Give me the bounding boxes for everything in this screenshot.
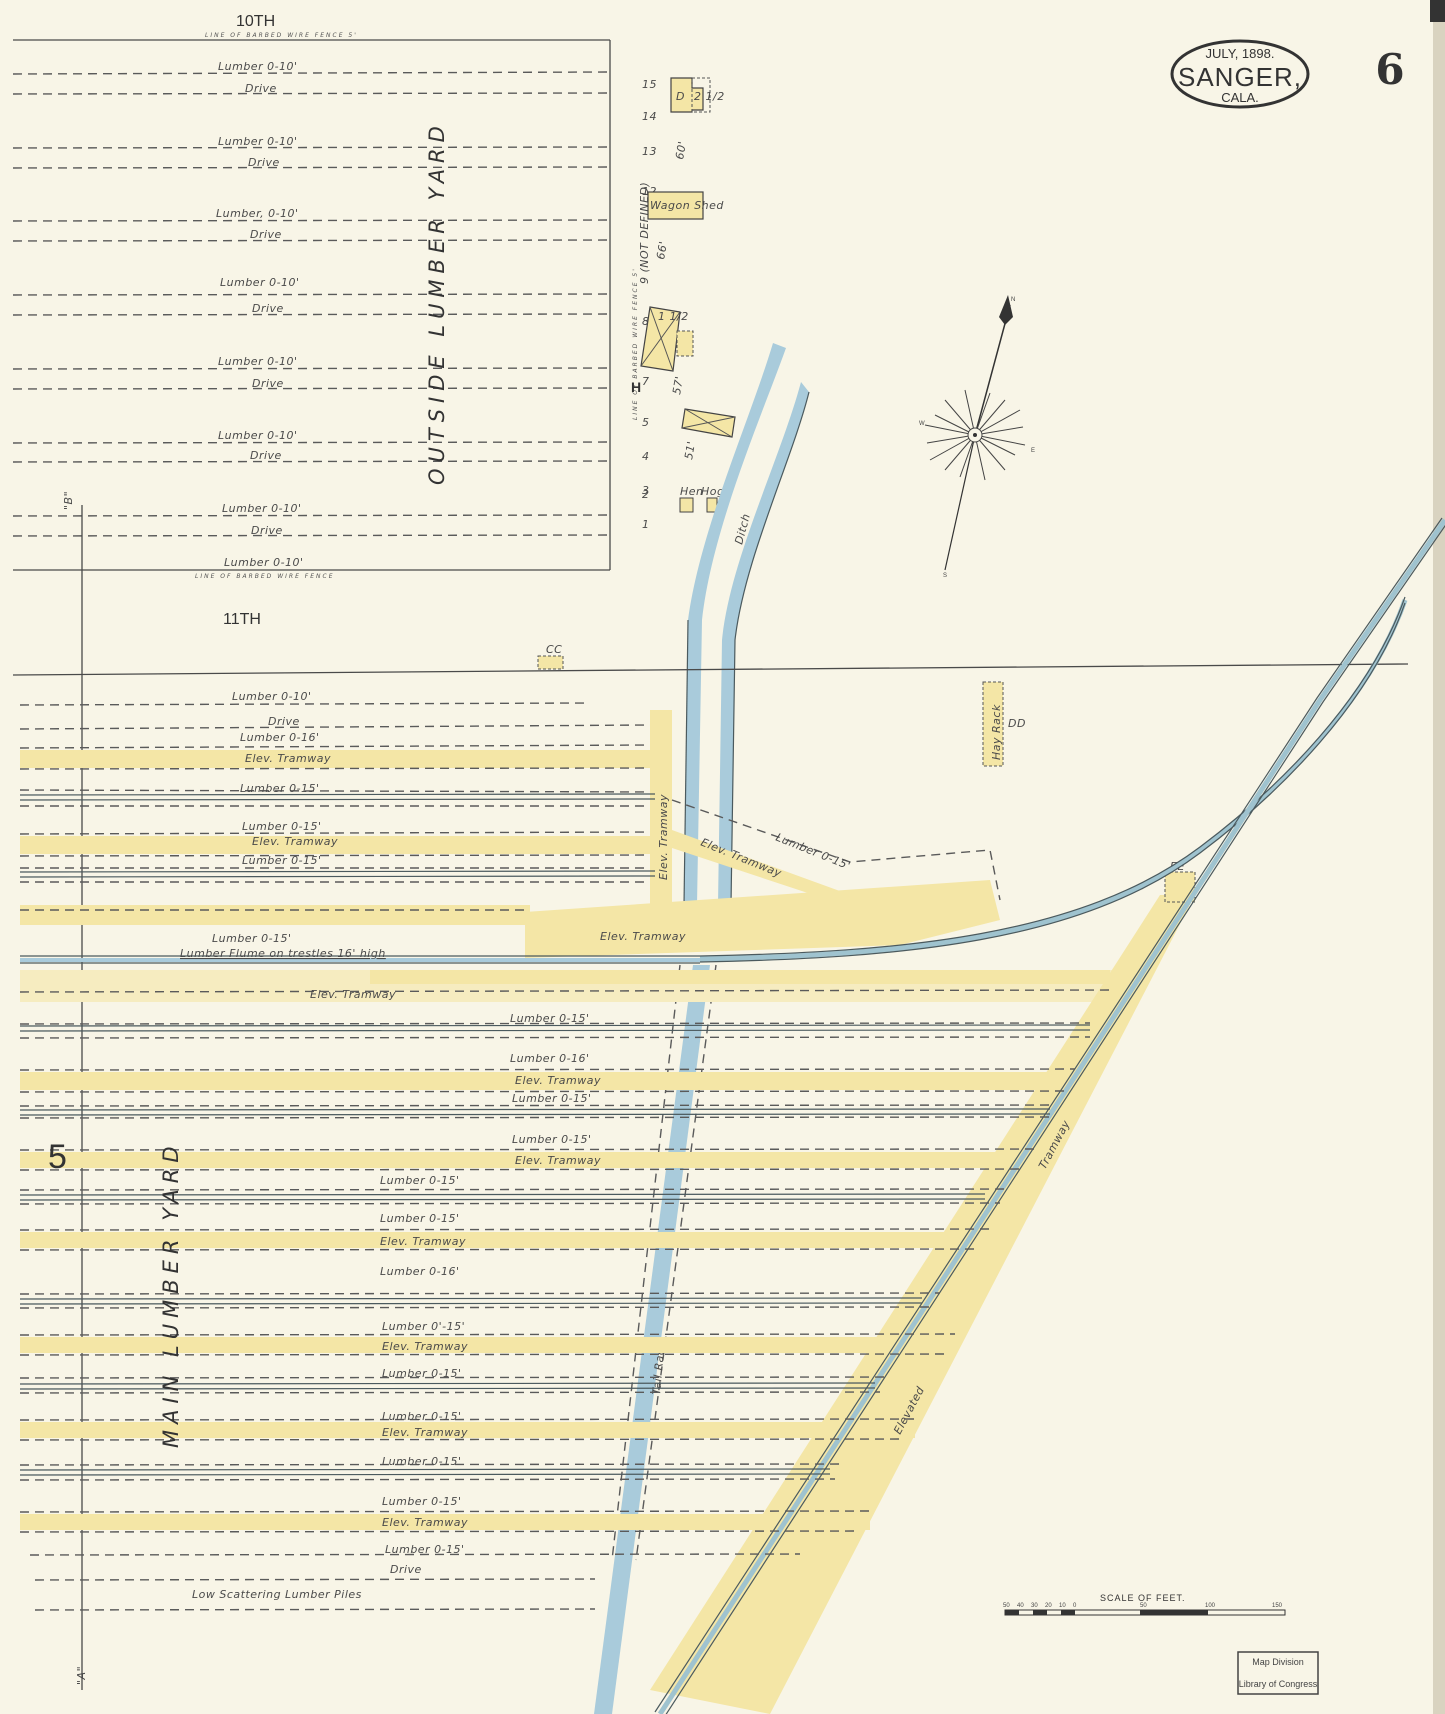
- lot-number: 13: [642, 145, 657, 158]
- fence-label-top: LINE OF BARBED WIRE FENCE 5': [205, 32, 358, 39]
- yard-label: Lumber 0-15': [382, 1410, 462, 1423]
- fence-label-bottom: LINE OF BARBED WIRE FENCE: [195, 573, 334, 580]
- lot-number: 5: [642, 416, 650, 429]
- yard-label: Elev. Tramway: [382, 1340, 468, 1353]
- cc-label: CC: [546, 643, 562, 656]
- yard-label: Elev. Tramway: [245, 752, 331, 765]
- row-label: Drive: [250, 228, 282, 241]
- row-label: Drive: [245, 82, 277, 95]
- stamp-line-2: Library of Congress: [1239, 1679, 1318, 1689]
- dwelling-stories: 2 1/2: [694, 90, 725, 103]
- hen-label: Hen: [680, 485, 704, 498]
- wagon-shed-label: Wagon Shed: [650, 199, 724, 212]
- compass-s: S: [943, 573, 947, 579]
- yard-label: Lumber 0-15': [512, 1092, 592, 1105]
- compass-e: E: [1031, 448, 1035, 454]
- yard-label: Lumber 0-16': [240, 731, 320, 744]
- row-label: Lumber, 0-10': [216, 207, 299, 220]
- lot-number: 14: [642, 110, 657, 123]
- sheet-number: 6: [1375, 45, 1404, 94]
- yard-label: Lumber 0-10': [232, 690, 312, 703]
- page-corner: [1430, 0, 1445, 22]
- yard-label: Elev. Tramway: [382, 1426, 468, 1439]
- yard-label: Lumber 0-15': [380, 1212, 460, 1225]
- row-label: Lumber 0-10': [224, 556, 304, 569]
- row-label: Lumber 0-10': [218, 135, 298, 148]
- vertical-tramway-label: Elev. Tramway: [657, 794, 670, 880]
- row-label: Lumber 0-10': [218, 429, 298, 442]
- fence-label-right: LINE OF BARBED WIRE FENCE 5': [632, 267, 639, 420]
- elev-tramway-band: [20, 836, 660, 854]
- row-label: Lumber 0-10': [220, 276, 300, 289]
- yard-label: Low Scattering Lumber Piles: [192, 1588, 362, 1601]
- compass-w: W: [919, 421, 925, 427]
- compass-n: N: [1011, 297, 1015, 303]
- street-10th: 10TH: [236, 13, 275, 30]
- scale-tick: 150: [1272, 1603, 1283, 1609]
- hay-rack-label: Hay Rack: [990, 704, 1003, 760]
- yard-label: Lumber 0-15': [380, 1174, 460, 1187]
- yard-label: Lumber 0-15': [242, 820, 322, 833]
- flume-label: Lumber Flume on trestles 16' high: [180, 947, 386, 960]
- town-name: SANGER,: [1178, 62, 1302, 92]
- street-11th: 11TH: [223, 611, 261, 628]
- scale-title: SCALE OF FEET.: [1100, 1593, 1186, 1603]
- row-label: Drive: [251, 524, 283, 537]
- row-label: Drive: [252, 302, 284, 315]
- yard-label: Lumber 0-15': [385, 1543, 465, 1556]
- sanborn-fire-insurance-map: JULY, 1898. SANGER, CALA. 6 10TH 11TH LI…: [0, 0, 1445, 1714]
- yard-label: Elev. Tramway: [515, 1074, 601, 1087]
- yard-label: Lumber 0-15': [382, 1455, 462, 1468]
- row-label: Drive: [248, 156, 280, 169]
- yard-label: Lumber 0-15': [512, 1133, 592, 1146]
- dwelling-code: D: [676, 90, 685, 103]
- stamp-line-1: Map Division: [1252, 1657, 1304, 1667]
- yard-label: Lumber 0-16': [510, 1052, 590, 1065]
- title-cartouche: JULY, 1898. SANGER, CALA.: [1172, 41, 1308, 107]
- scale-tick: 50: [1003, 1603, 1010, 1609]
- lot-number: 4: [642, 450, 650, 463]
- scale-tick: 100: [1205, 1603, 1216, 1609]
- elev-tramway-band: [370, 970, 1110, 984]
- row-label: Lumber 0-10': [218, 60, 298, 73]
- yard-label: Lumber 0-15': [382, 1495, 462, 1508]
- barn-code: 1 1/2: [658, 310, 689, 323]
- scale-tick: 50: [1140, 1603, 1147, 1609]
- yard-label: Lumber 0-15': [382, 1367, 462, 1380]
- row-label: Lumber 0-10': [218, 355, 298, 368]
- axis-marker-a: "A": [75, 1666, 88, 1685]
- yard-label: Drive: [268, 715, 300, 728]
- row-label: Drive: [252, 377, 284, 390]
- scale-tick: 20: [1045, 1603, 1052, 1609]
- yard-label: Elev. Tramway: [515, 1154, 601, 1167]
- outside-yard-label: OUTSIDE LUMBER YARD: [425, 120, 449, 485]
- elev-tramway-band: [20, 750, 660, 768]
- dd-label: DD: [1008, 717, 1026, 730]
- lot-number: 15: [642, 78, 657, 91]
- page-edge: [1433, 0, 1445, 1714]
- main-yard-label: MAIN LUMBER YARD: [159, 1140, 183, 1448]
- yard-label: Lumber 0-15': [240, 782, 320, 795]
- lot-number: 3: [642, 484, 650, 497]
- hydrant-symbol: H: [631, 379, 641, 395]
- row-label: Drive: [250, 449, 282, 462]
- lot-number: 1: [642, 518, 650, 531]
- yard-label: Elev. Tramway: [310, 988, 396, 1001]
- yard-label: Elev. Tramway: [252, 835, 338, 848]
- row-label: Lumber 0-10': [222, 502, 302, 515]
- yard-label: Lumber 0-15': [510, 1012, 590, 1025]
- yard-label: Lumber 0-15': [212, 932, 292, 945]
- yard-label: Lumber 0-16': [380, 1265, 460, 1278]
- yard-label: Lumber 0-15': [242, 854, 322, 867]
- main-tramway-label: Elev. Tramway: [600, 930, 686, 943]
- axis-marker-b: "B": [62, 491, 75, 510]
- elev-tramway-band: [20, 905, 530, 925]
- yard-label: Drive: [390, 1563, 422, 1576]
- adjoining-sheet-number: 5: [48, 1138, 67, 1176]
- state-name: CALA.: [1221, 90, 1259, 105]
- scale-tick: 30: [1031, 1603, 1038, 1609]
- yard-label: Lumber 0'-15': [382, 1320, 465, 1333]
- lot-number: 7: [642, 375, 650, 388]
- yard-label: Elev. Tramway: [380, 1235, 466, 1248]
- scale-tick: 10: [1059, 1603, 1066, 1609]
- yard-label: Elev. Tramway: [382, 1516, 468, 1529]
- map-date: JULY, 1898.: [1206, 46, 1275, 61]
- scale-tick: 40: [1017, 1603, 1024, 1609]
